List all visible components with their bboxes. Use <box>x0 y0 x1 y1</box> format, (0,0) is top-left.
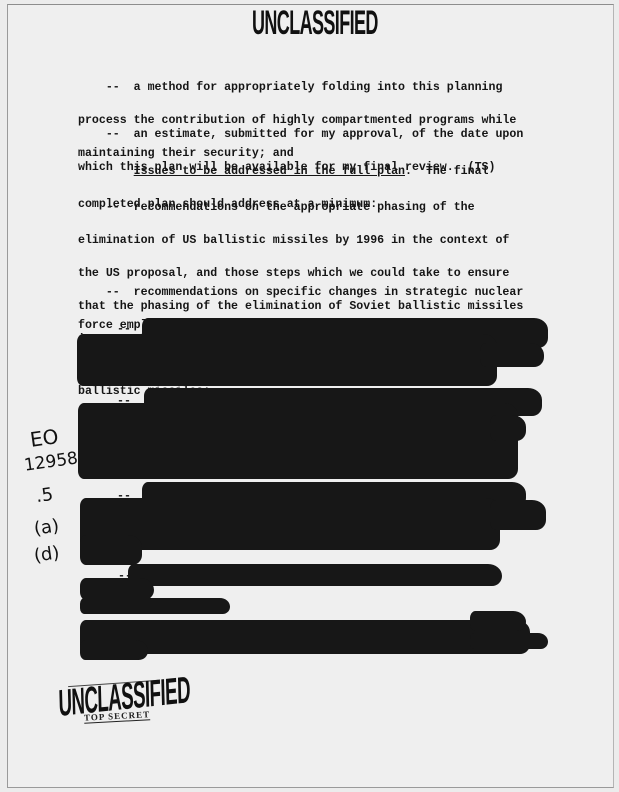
redaction-block <box>80 640 148 660</box>
text-line: -- recommendations on specific changes i… <box>78 287 523 298</box>
margin-note-section: .5 <box>35 485 55 507</box>
margin-note-eo: EO <box>29 426 60 450</box>
margin-note-subsection-d: (d) <box>33 543 61 566</box>
redaction-block <box>480 343 544 367</box>
redaction-block <box>78 403 518 479</box>
redaction-block <box>490 500 546 530</box>
redaction-block <box>470 633 548 649</box>
redaction-block <box>490 415 526 441</box>
heading-line: Issues to be addressed in the full plan.… <box>78 166 489 177</box>
text-line: -- a method for appropriately folding in… <box>78 82 516 93</box>
redaction-block <box>470 611 526 631</box>
redaction-block <box>80 578 154 600</box>
redaction-block <box>128 564 502 586</box>
unclassified-stamp-top: UNCLASSIFIED <box>252 4 402 43</box>
redaction-block <box>80 535 142 565</box>
redaction-block <box>80 598 230 614</box>
section-heading: Issues to be addressed in the full plan <box>134 165 405 178</box>
text-line: -- an estimate, submitted for my approva… <box>78 129 523 140</box>
margin-note-subsection-a: (a) <box>33 516 61 539</box>
text-line: elimination of US ballistic missiles by … <box>78 235 523 246</box>
redaction-block <box>80 498 500 550</box>
text-line: -- recommendations on the appropriate ph… <box>78 202 523 213</box>
redaction-block <box>77 334 497 386</box>
